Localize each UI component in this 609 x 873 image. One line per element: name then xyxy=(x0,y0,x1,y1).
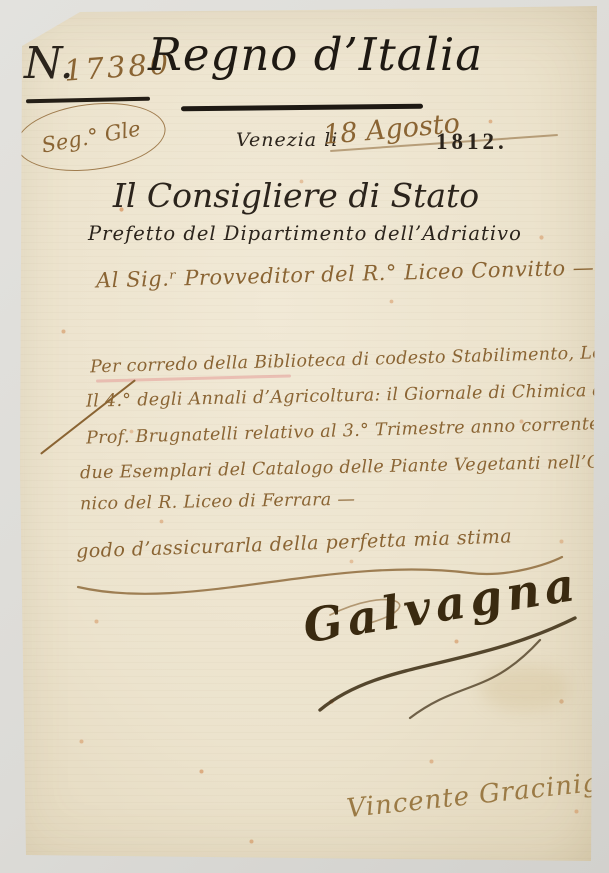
body-line: Per corredo della Biblioteca di codesto … xyxy=(90,341,609,378)
letterhead-title: Regno d’Italia xyxy=(148,28,478,81)
signature-flourish xyxy=(290,600,590,720)
body-line: Il 4.° degli Annali d’Agricoltura: il Gi… xyxy=(86,380,609,411)
dateline-year: 1812. xyxy=(436,129,508,155)
heading-department: Prefetto del Dipartimento dell’Adriativo xyxy=(88,222,504,245)
paper-sheet: N. 17380 Seg.° Gle Regno d’Italia Venezi… xyxy=(0,0,609,873)
body-line: nico del R. Liceo di Ferrara — xyxy=(80,490,356,515)
oval-annotation-text: Seg.° Gle xyxy=(40,116,143,157)
body-line: due Esemplari del Catalogo delle Piante … xyxy=(80,451,609,484)
heading-office: Il Consigliere di Stato xyxy=(100,176,492,215)
oval-annotation: Seg.° Gle xyxy=(13,95,170,179)
body-line: Prof. Brugnatelli relativo al 3.° Trimes… xyxy=(86,414,609,449)
title-underline xyxy=(181,104,423,112)
scanned-letter: N. 17380 Seg.° Gle Regno d’Italia Venezi… xyxy=(0,0,609,873)
registry-underline xyxy=(26,97,150,104)
countersignature: Vincente Gracinigh xyxy=(345,766,609,824)
salutation-line: Al Sig.ʳ Provveditor del R.° Liceo Convi… xyxy=(96,255,595,292)
foxing-spots xyxy=(0,0,3,3)
